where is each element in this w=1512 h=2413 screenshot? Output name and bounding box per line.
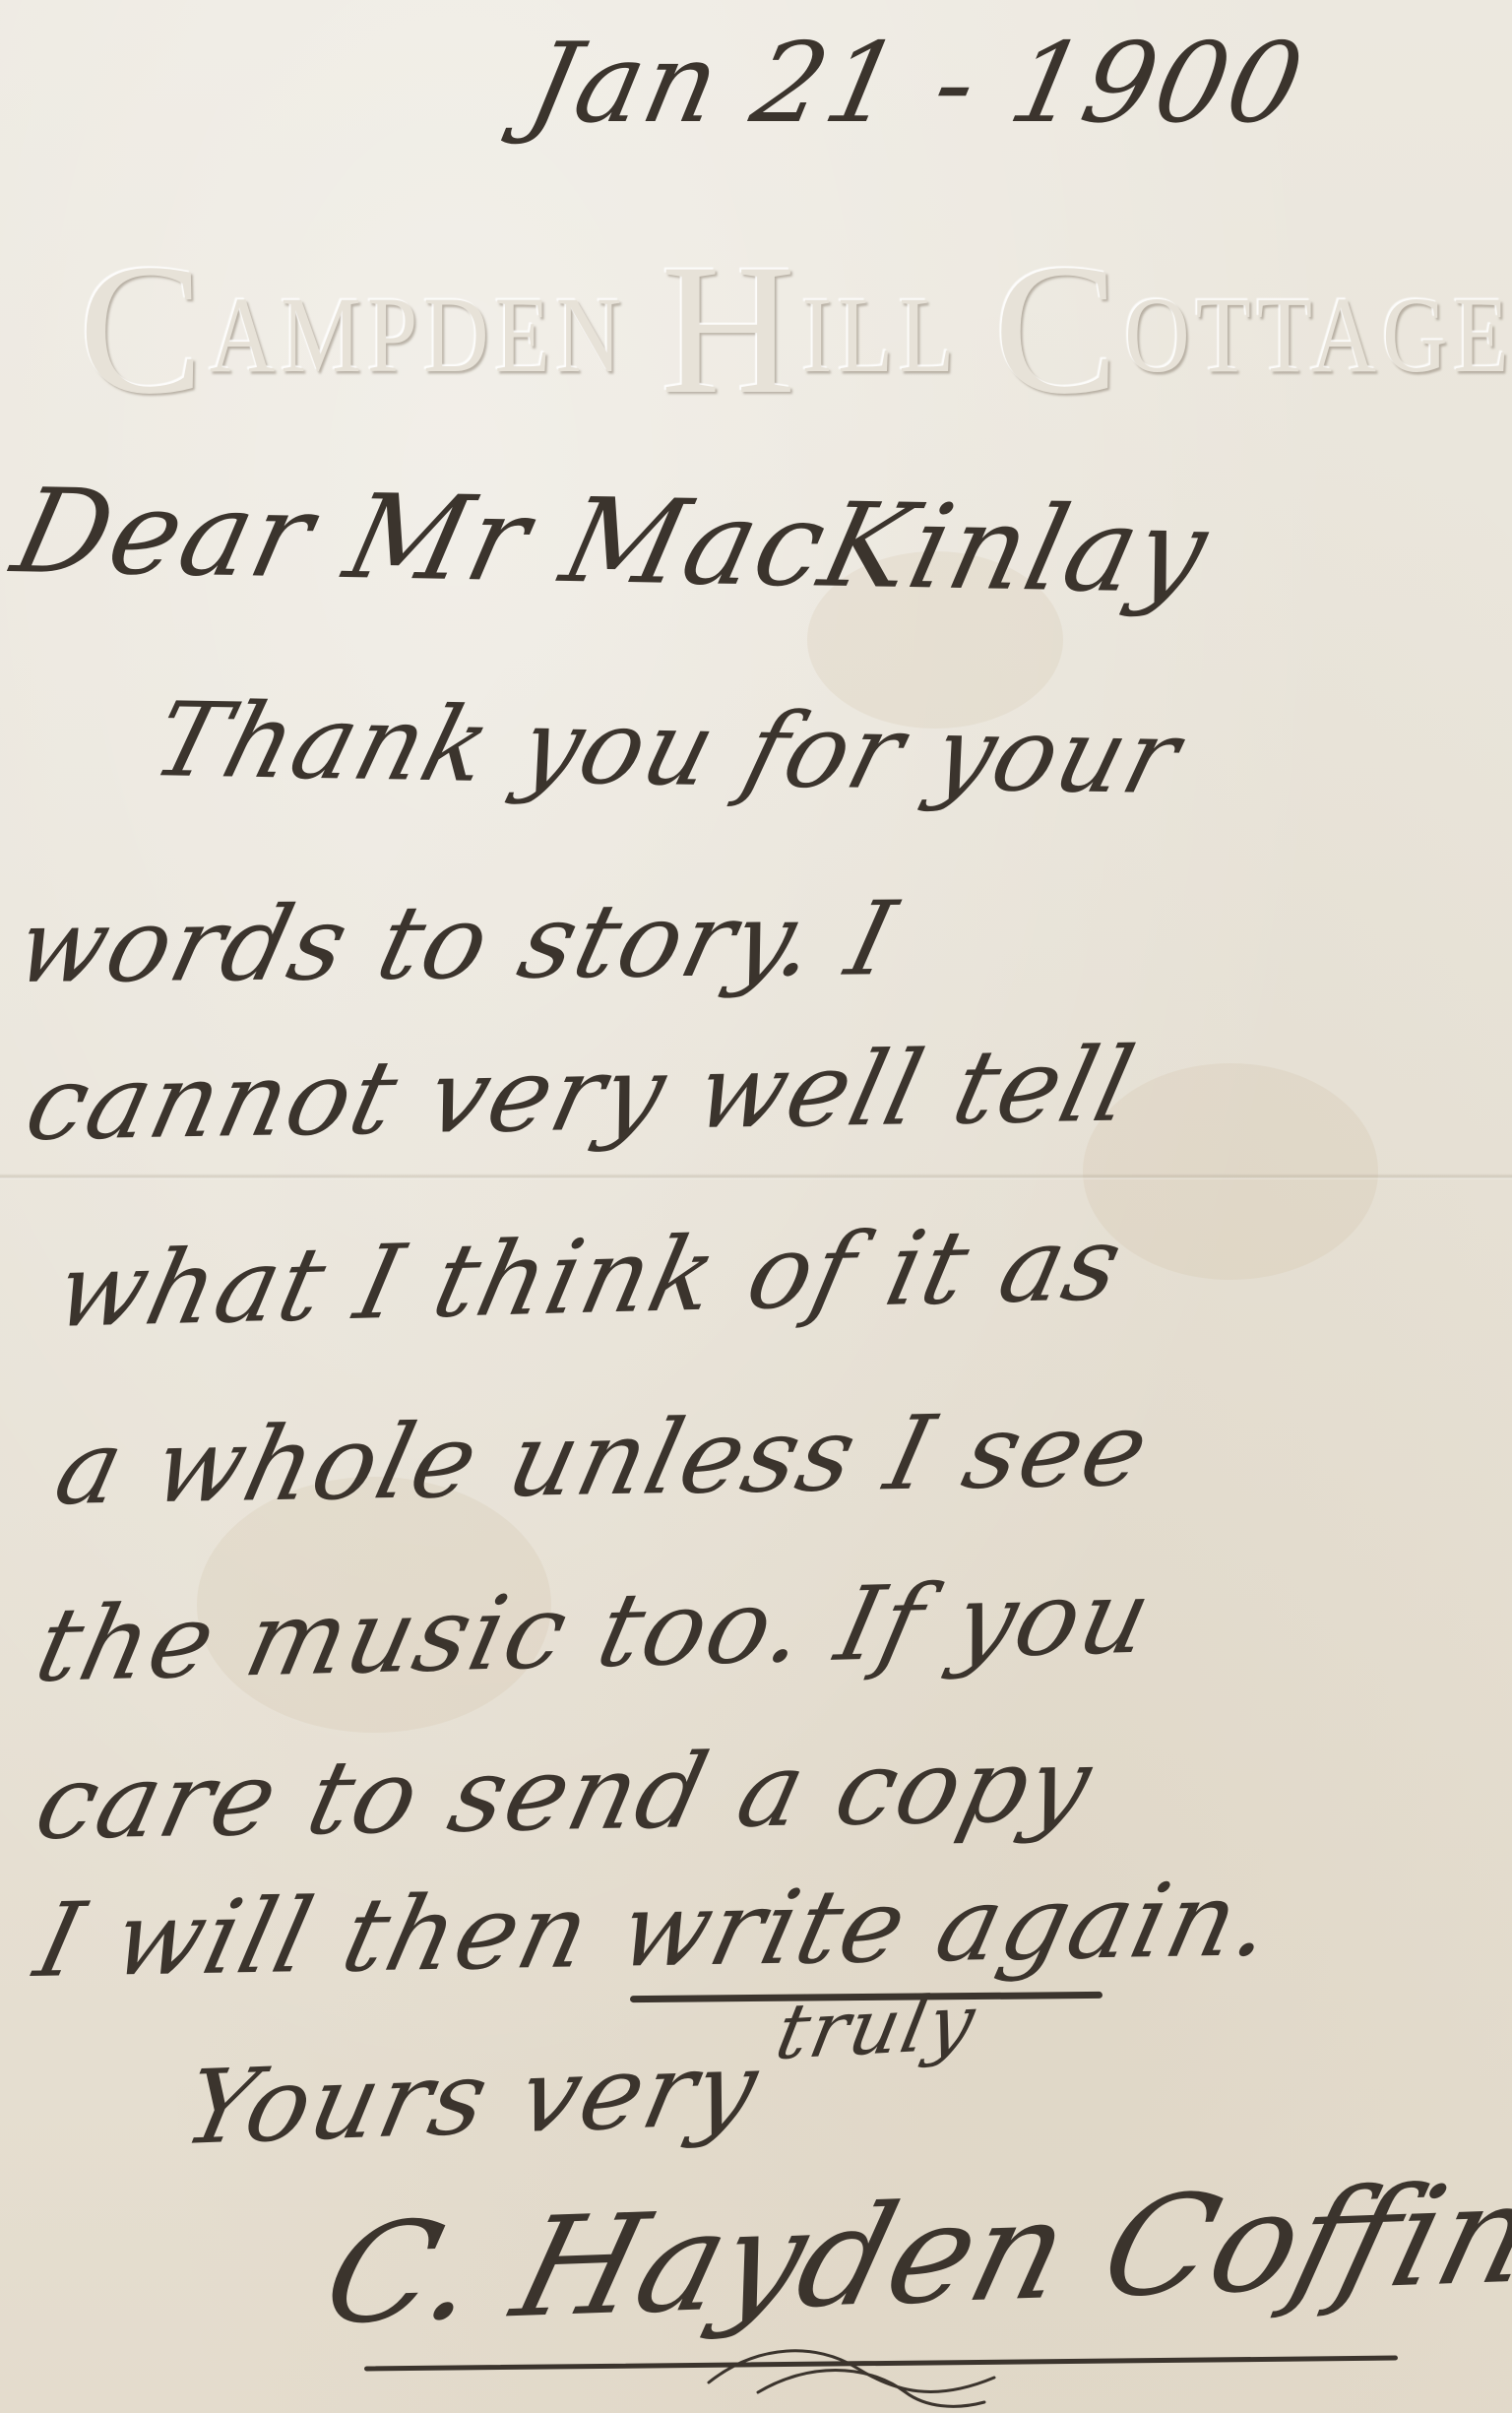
body-line: words to story. I [5, 878, 908, 1006]
signature-flourish-icon [699, 2323, 1014, 2412]
body-line: Thank you for your [142, 679, 1194, 817]
letter-page: Jan 21 - 1900 C AMPDEN H ILL C OTTAGE, W… [0, 0, 1512, 2413]
letterhead-initial: H [661, 236, 801, 423]
letter-date: Jan 21 - 1900 [518, 20, 1315, 148]
closing-superscript: truly [769, 1979, 983, 2077]
body-line: what I think of it as [45, 1203, 1134, 1351]
letterhead-word: C AMPDEN [79, 236, 627, 423]
letterhead-initial: C [993, 236, 1124, 423]
letterhead-rest: AMPDEN [210, 281, 627, 389]
salutation: Dear Mr MacKinlay [2, 463, 1221, 619]
closing: Yours very [174, 2028, 770, 2168]
letterhead-initial: C [79, 236, 210, 423]
body-line: the music too. If you [26, 1556, 1163, 1705]
body-line: a whole unless I see [45, 1389, 1162, 1528]
letterhead-rest: ILL [801, 281, 960, 389]
letterhead-rest: OTTAGE, [1124, 281, 1512, 389]
fold-crease [0, 1174, 1512, 1179]
body-line: care to send a copy [26, 1724, 1104, 1863]
embossed-letterhead: C AMPDEN H ILL C OTTAGE, W . [79, 231, 1457, 428]
letterhead-word: H ILL [661, 236, 960, 423]
body-line: cannot very well tell [16, 1025, 1146, 1164]
letterhead-word: C OTTAGE, [993, 236, 1512, 423]
body-line: I will then write again. [26, 1859, 1286, 2000]
